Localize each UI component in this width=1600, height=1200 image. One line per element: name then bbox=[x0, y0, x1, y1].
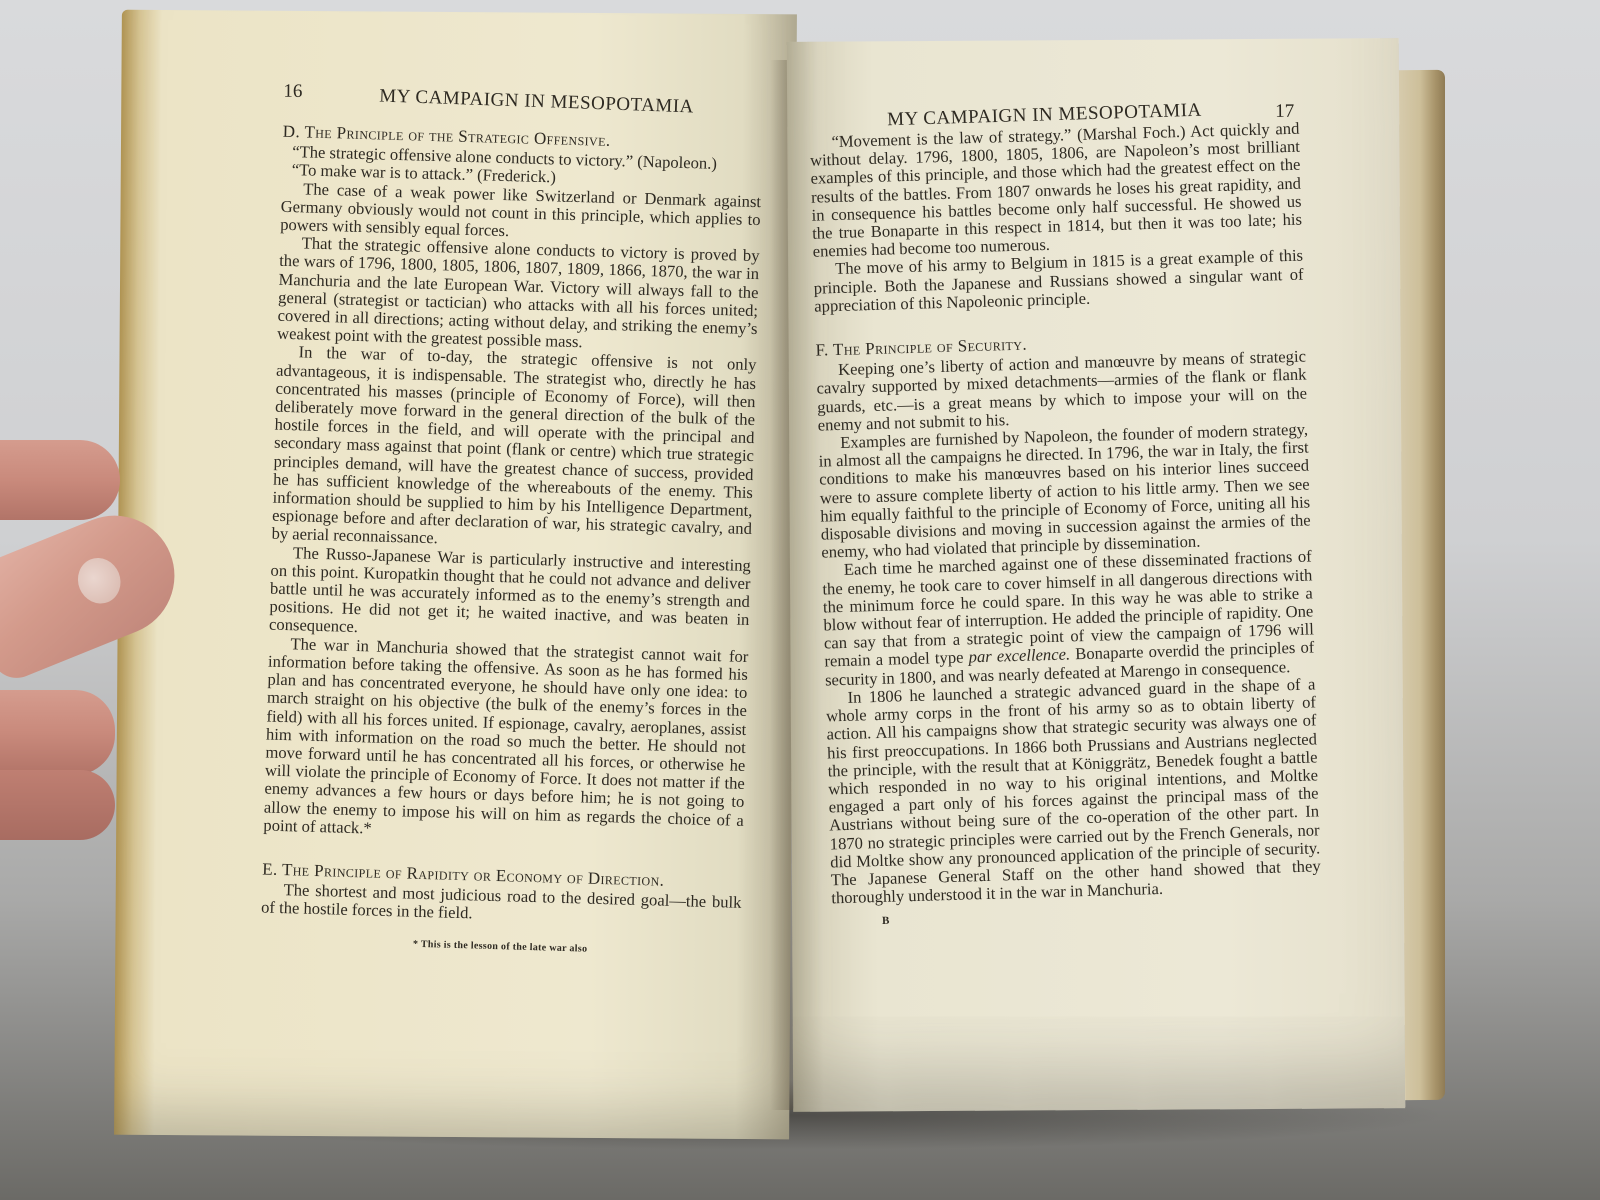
left-page: 16 MY CAMPAIGN IN MESOPOTAMIA D. The Pri… bbox=[114, 10, 797, 1140]
paragraph: The war in Manchuria showed that the str… bbox=[263, 634, 748, 848]
paragraph: In 1806 he launched a strategic advanced… bbox=[825, 675, 1321, 907]
right-page: MY CAMPAIGN IN MESOPOTAMIA 17 “Movement … bbox=[787, 38, 1406, 1112]
middle-finger bbox=[0, 690, 115, 775]
paragraph: The Russo-Japanese War is particularly i… bbox=[269, 543, 751, 647]
ring-finger bbox=[0, 770, 115, 840]
index-finger bbox=[0, 440, 120, 520]
paragraph-with-italic: Each time he marched against one of thes… bbox=[822, 548, 1315, 689]
paragraph: The move of his army to Belgium in 1815 … bbox=[813, 247, 1304, 316]
thumbnail bbox=[71, 552, 127, 610]
right-page-text: “Movement is the law of strategy.” (Mars… bbox=[809, 120, 1322, 932]
left-page-text: D. The Principle of the Strategic Offens… bbox=[260, 119, 763, 963]
paragraph: In the war of to-day, the strategic offe… bbox=[271, 343, 756, 557]
paragraph: That the strategic offensive alone condu… bbox=[277, 234, 760, 357]
page-number-left: 16 bbox=[283, 81, 302, 103]
paragraph: “Movement is the law of strategy.” (Mars… bbox=[809, 120, 1302, 261]
thumb bbox=[0, 498, 193, 686]
photo-scene: 16 MY CAMPAIGN IN MESOPOTAMIA D. The Pri… bbox=[0, 0, 1600, 1200]
paragraph: Examples are furnished by Napoleon, the … bbox=[818, 421, 1311, 562]
hand-holding-book bbox=[0, 430, 175, 850]
footnote: * This is the lesson of the late war als… bbox=[260, 931, 740, 963]
running-head-left: MY CAMPAIGN IN MESOPOTAMIA bbox=[379, 85, 694, 118]
